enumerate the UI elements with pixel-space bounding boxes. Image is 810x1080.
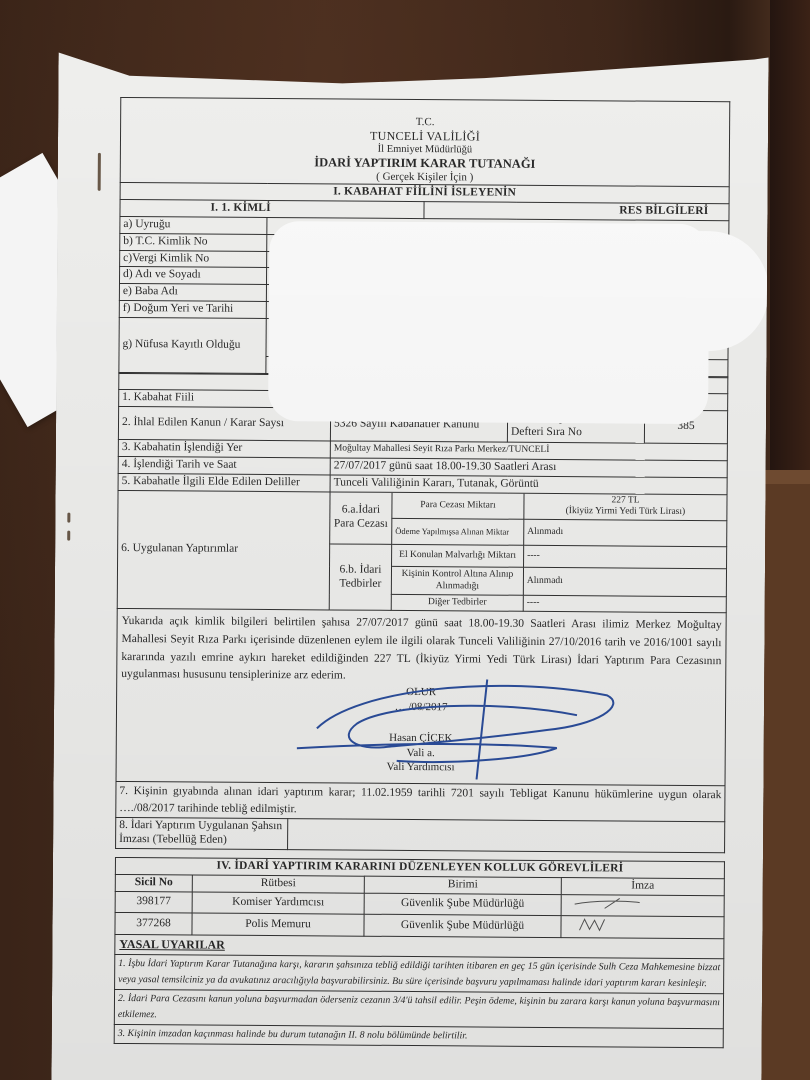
legal-warning-item: 2. İdari Para Cezasını kanun yoluna başv… xyxy=(114,990,724,1030)
column-header: Rütbesi xyxy=(192,875,364,893)
decision-paragraph-block: Yukarıda açık kimlik bilgileri belirtile… xyxy=(116,609,727,786)
field-label: d) Adı ve Soyadı xyxy=(119,267,266,285)
row-value: Tunceli Valiliğinin Kararı, Tutanak, Gör… xyxy=(330,475,727,495)
section2-footer-table: 7. Kişinin gıyabında alınan idari yaptır… xyxy=(115,782,725,853)
sanction-item-label: Para Cezası Miktarı xyxy=(392,492,524,519)
signature-icon xyxy=(297,668,638,780)
form: T.C. TUNCELİ VALİLİĞİ İl Emniyet Müdürlü… xyxy=(114,97,731,1049)
signature-icon xyxy=(565,896,645,911)
signature-icon xyxy=(564,917,644,932)
legal-warning-item: 3. Kişinin imzadan kaçınması halinde bu … xyxy=(114,1025,724,1048)
field-label: f) Doğum Yeri ve Tarihi xyxy=(119,300,266,318)
item8-label: 8. İdari Yaptırım Uygulanan Şahsın İmzas… xyxy=(116,818,288,850)
staple-icon xyxy=(67,513,70,523)
field-label: b) T.C. Kimlik No xyxy=(120,233,267,251)
sanctions-label: 6. Uygulanan Yaptırımlar xyxy=(117,490,330,609)
redaction-mask xyxy=(499,230,770,352)
officer-signature xyxy=(561,916,724,939)
section1-subtitle-right: RES BİLGİLERİ xyxy=(424,202,729,221)
sanction-item-value: Alınmadı xyxy=(524,519,727,546)
column-header: İmza xyxy=(561,877,724,895)
field-label: c)Vergi Kimlik No xyxy=(120,250,267,268)
document-page: T.C. TUNCELİ VALİLİĞİ İl Emniyet Müdürlü… xyxy=(51,53,768,1080)
row-label: 5. Kabahatle İlgili Elde Edilen Deliller xyxy=(118,473,330,491)
sanction-item-value: Alınmadı xyxy=(523,567,726,596)
rank: Polis Memuru xyxy=(192,913,364,936)
sanction-item-label: Diğer Tedbirler xyxy=(391,594,523,611)
fine-amount: 227 TL (İkiyüz Yirmi Yedi Türk Lirası) xyxy=(524,493,727,520)
column-header: Sicil No xyxy=(115,874,192,891)
section1-subtitle-left: I. 1. KİMLİ xyxy=(120,200,424,219)
sicil-no: 398177 xyxy=(115,891,192,913)
item8-signature-field xyxy=(288,819,725,853)
field-label: a) Uyruğu xyxy=(120,216,267,234)
fine-group-label: 6.a.İdari Para Cezası xyxy=(330,492,392,544)
field-label: e) Baba Adı xyxy=(119,284,266,302)
unit: Güvenlik Şube Müdürlüğü xyxy=(364,893,561,916)
column-header: Birimi xyxy=(364,876,561,894)
officer-signature xyxy=(561,894,724,917)
fine-amount-words: (İkiyüz Yirmi Yedi Türk Lirası) xyxy=(527,506,723,519)
staple-icon xyxy=(67,531,70,541)
sicil-no: 377268 xyxy=(115,913,192,935)
sanction-item-label: El Konulan Malvarlığı Miktarı xyxy=(392,544,524,567)
field-label: g) Nüfusa Kayıtlı Olduğu xyxy=(119,317,266,373)
sanctions-table: 6. Uygulanan Yaptırımlar 6.a.İdari Para … xyxy=(117,490,728,613)
staple-icon xyxy=(98,153,101,191)
sanction-item-value: ---- xyxy=(523,595,726,612)
unit: Güvenlik Şube Müdürlüğü xyxy=(364,915,561,938)
item7-notice: 7. Kişinin gıyabında alınan idari yaptır… xyxy=(116,782,725,822)
form-header: T.C. TUNCELİ VALİLİĞİ İl Emniyet Müdürlü… xyxy=(120,97,731,187)
measures-group-label: 6.b. İdari Tedbirler xyxy=(329,544,391,610)
rank: Komiser Yardımcısı xyxy=(192,892,364,915)
officers-table: IV. İDARİ YAPTIRIM KARARINI DÜZENLEYEN K… xyxy=(114,857,725,939)
sanction-item-label: Kişinin Kontrol Altına Alınıp Alınmadığı xyxy=(391,566,523,595)
row-label: 3. Kabahatin İşlendiği Yer xyxy=(118,440,330,458)
legal-warning-item: 1. İşbu İdari Yaptırım Karar Tutanağına … xyxy=(114,954,724,994)
row-label: 4. İşlendiği Tarih ve Saat xyxy=(118,456,330,474)
sanction-item-label: Ödeme Yapılmışsa Alınan Miktar xyxy=(392,518,524,545)
sanction-item-value: ---- xyxy=(524,545,727,568)
